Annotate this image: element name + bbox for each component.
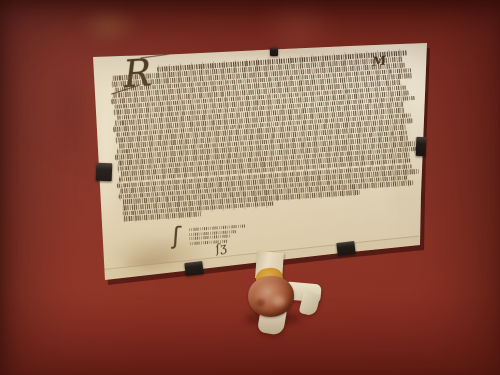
- mount-clip-right: [416, 137, 427, 156]
- script-lines: [111, 50, 428, 222]
- mount-clip-top: [270, 47, 278, 56]
- seal-tag-strip-fold: [299, 291, 321, 316]
- wax-seal: [248, 276, 294, 317]
- manuscript-text-block: R M ʃ ſʒ: [111, 46, 432, 275]
- signature-flourish: ʃ: [171, 222, 181, 251]
- mount-clip-bottom-left: [184, 261, 203, 276]
- mount-clip-left: [96, 163, 113, 182]
- mount-clip-bottom-right: [336, 241, 355, 256]
- display-case: R M ʃ ſʒ: [0, 0, 500, 375]
